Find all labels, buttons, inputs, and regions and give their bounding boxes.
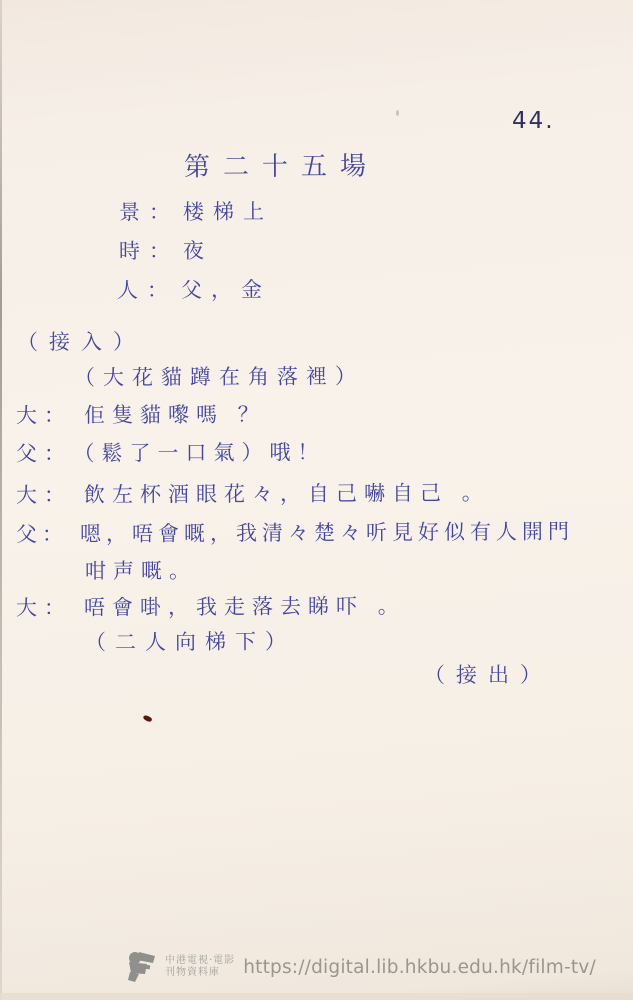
scanned-script-page: 44. 第二十五場 景：楼梯上 時：夜 人：父，金 （接入） （大花貓蹲在角落裡…: [0, 0, 633, 1000]
page-number: 44.: [512, 108, 555, 134]
speaker-label: 父：: [16, 442, 72, 466]
film-camera-logo-icon: [125, 950, 157, 984]
red-ink-blot: [142, 714, 152, 723]
dialogue-text: （鬆了一口氣）哦！: [84, 440, 326, 465]
dialogue-text: 嗯，唔會嘅，我清々楚々听見好似有人開門: [80, 520, 574, 547]
meta-value-location: 楼梯上: [183, 200, 273, 224]
meta-label-location: 景：: [119, 200, 179, 224]
scene-meta-time: 時：夜: [119, 235, 213, 265]
scene-meta-cast: 人：父，金: [117, 274, 271, 305]
brand-line2: 刊物資料庫: [165, 967, 235, 979]
dialogue-line: 父：（鬆了一口氣）哦！: [16, 436, 326, 468]
meta-label-cast: 人：: [117, 278, 177, 302]
brand-line1: 中港電視·電影: [165, 955, 235, 967]
scene-heading: 第二十五場: [184, 145, 379, 183]
dialogue-text: 飲左杯酒眼花々，自己嚇自己 。: [84, 481, 490, 507]
scan-speck: [396, 110, 399, 116]
dialogue-line: 父：嗯，唔會嘅，我清々楚々听見好似有人開門: [16, 516, 574, 549]
transition-out: （接出）: [424, 659, 552, 690]
speaker-label: 大：: [16, 596, 72, 620]
dialogue-line: 大：飲左杯酒眼花々，自己嚇自己 。: [16, 477, 490, 509]
transition-in: （接入）: [17, 326, 145, 357]
speaker-label: 父：: [16, 522, 68, 546]
dialogue-text: 唔會啩，我走落去睇吓 。: [84, 594, 406, 620]
dialogue-line: 大：佢隻貓嚟嗎 ？: [16, 398, 266, 429]
stage-direction: （二人向梯下）: [85, 625, 295, 656]
watermark-footer: 中港電視·電影 刊物資料庫 https://digital.lib.hkbu.e…: [125, 950, 596, 984]
dialogue-continuation: 咁声嘅。: [85, 555, 197, 586]
dialogue-text: 佢隻貓嚟嗎 ？: [84, 402, 266, 427]
stage-direction: （大花貓蹲在角落裡）: [74, 360, 364, 392]
speaker-label: 大：: [16, 483, 72, 507]
speaker-label: 大：: [16, 403, 72, 427]
meta-value-cast: 父，金: [181, 278, 271, 302]
meta-value-time: 夜: [183, 239, 213, 263]
meta-label-time: 時：: [119, 239, 179, 263]
watermark-url: https://digital.lib.hkbu.edu.hk/film-tv/: [243, 957, 596, 978]
dialogue-line: 大：唔會啩，我走落去睇吓 。: [16, 590, 406, 622]
watermark-brand: 中港電視·電影 刊物資料庫: [165, 955, 235, 979]
scene-meta-location: 景：楼梯上: [119, 196, 273, 227]
